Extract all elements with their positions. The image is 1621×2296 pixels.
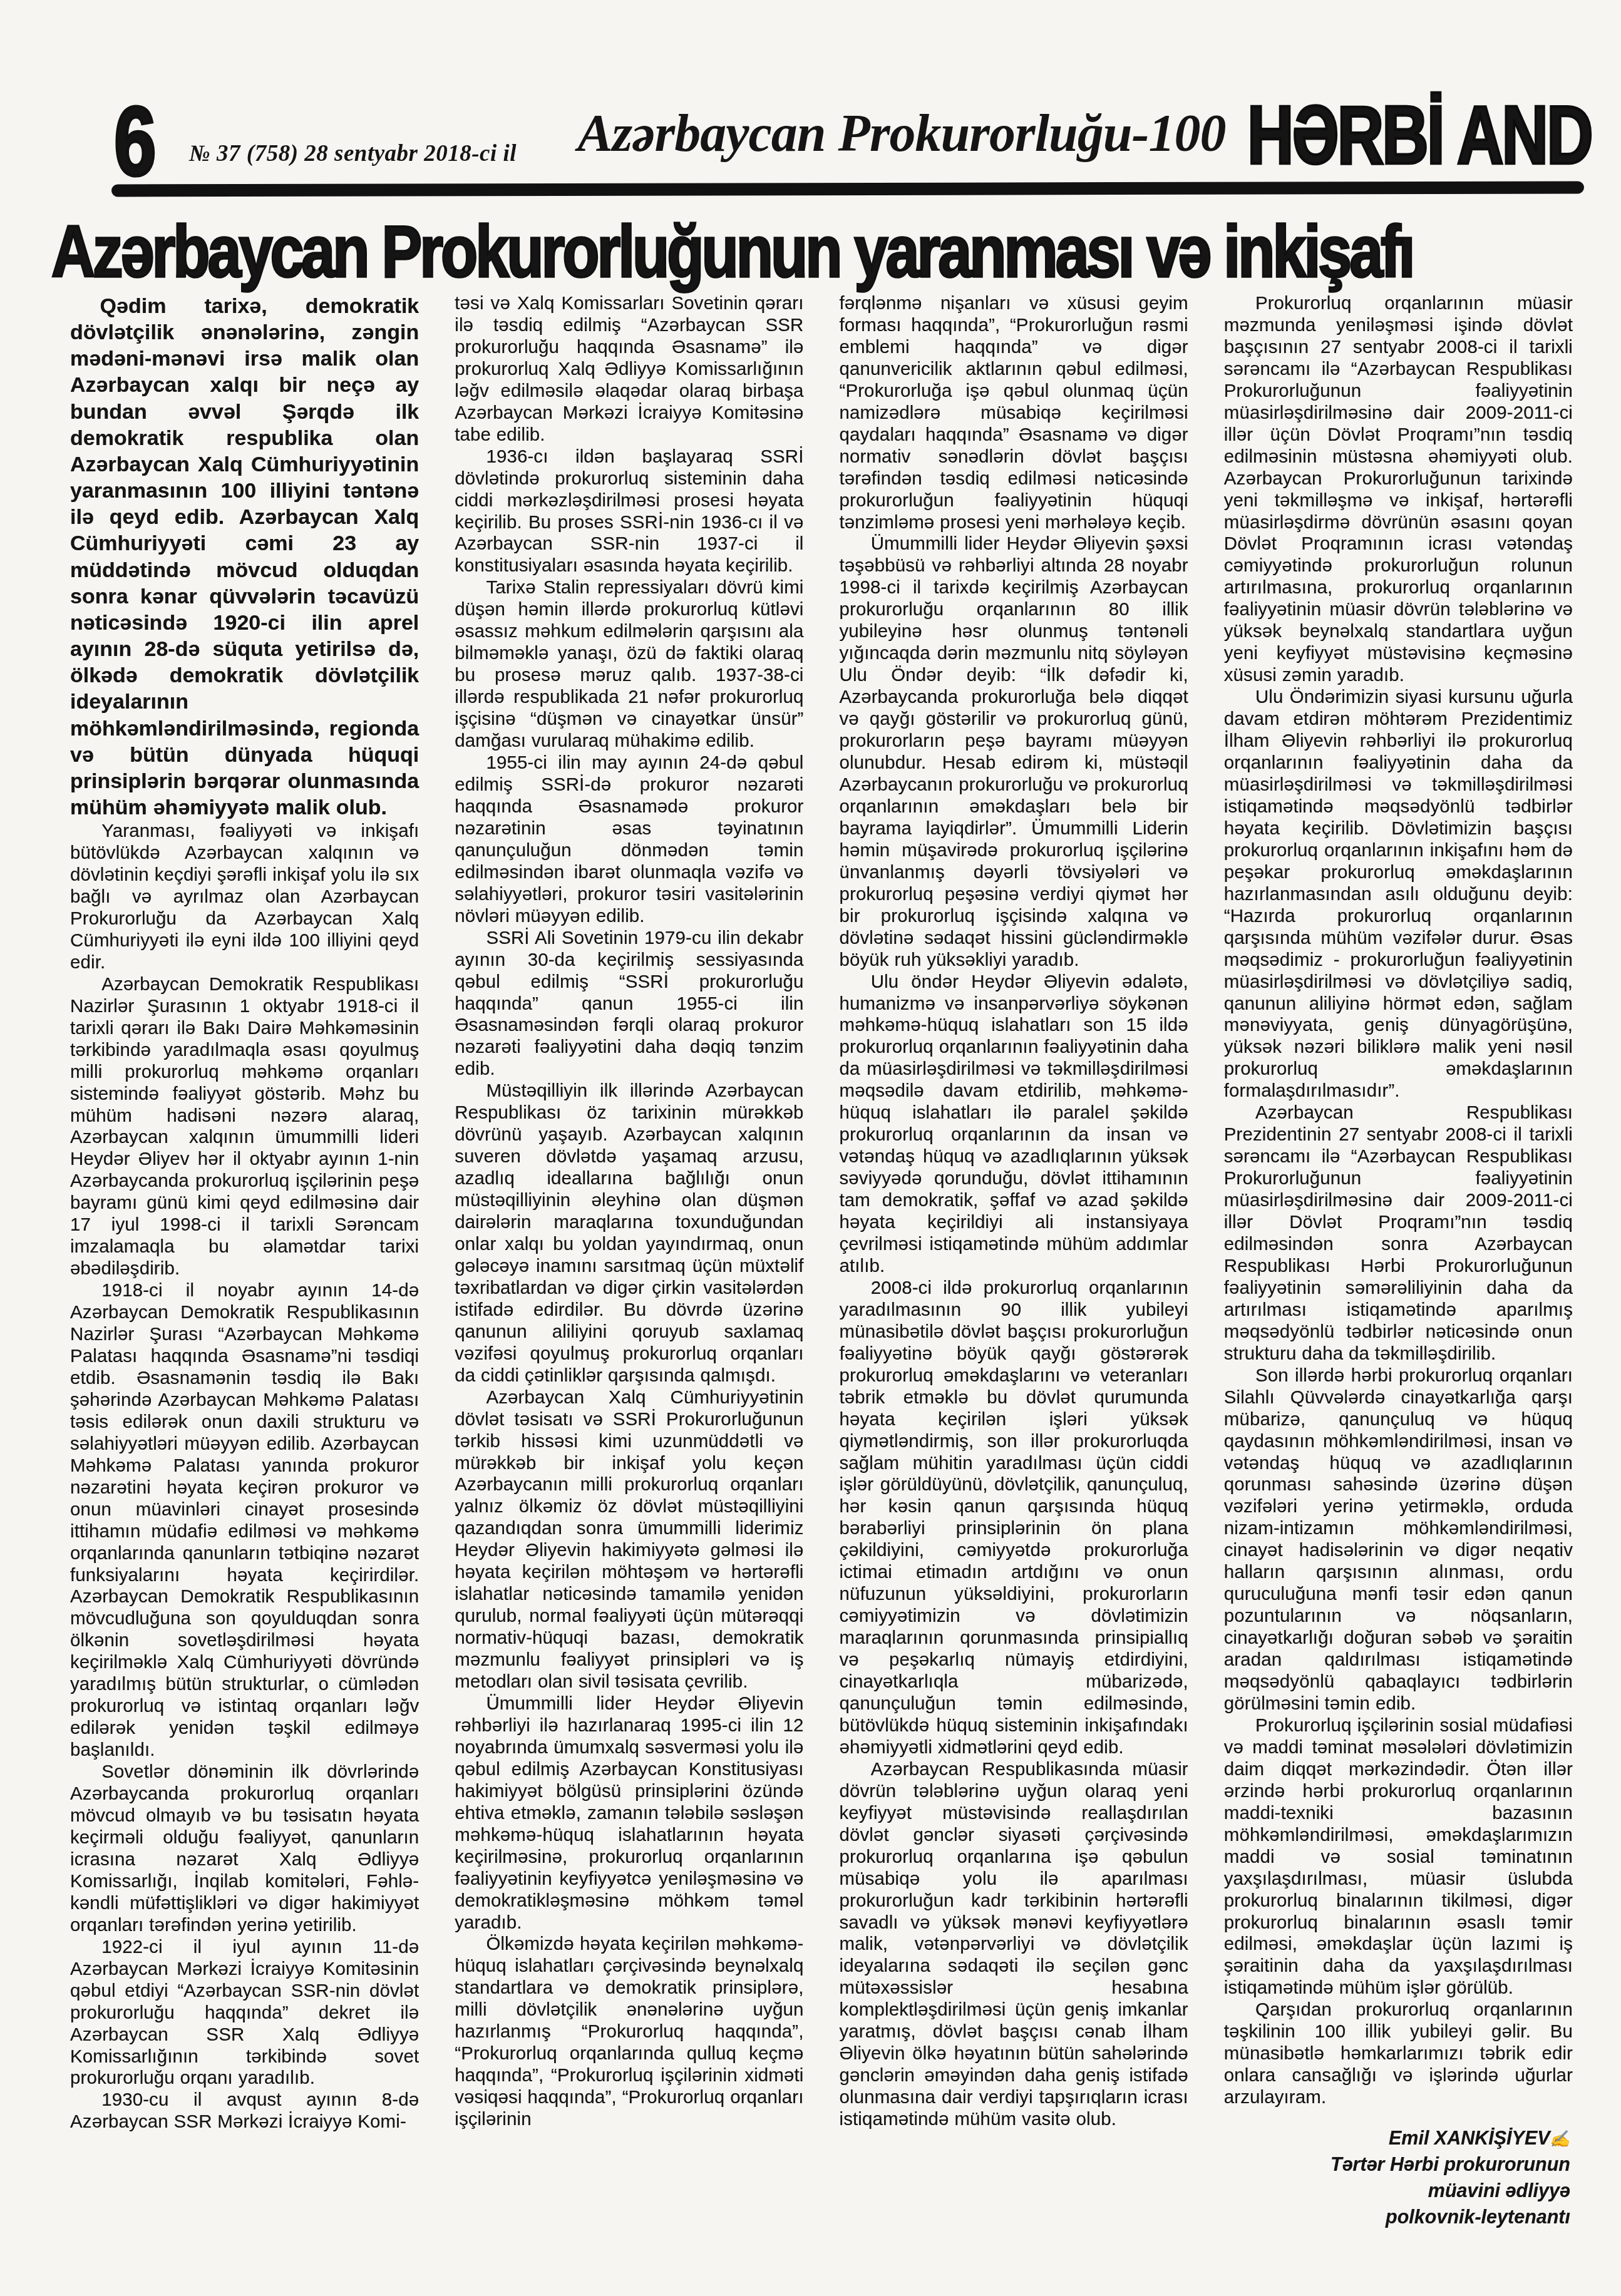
text-column-4: Prokurorluq orqanlarının müasir məzmunda…	[1224, 293, 1573, 2230]
author-name: Emil XANKİŞİYEV	[1389, 2128, 1550, 2149]
article-paragraph: Tarixə Stalin repressiyaları dövrü kimi …	[455, 577, 803, 752]
article-body: Qədim tarixə, demokratik dövlətçilik ənə…	[70, 293, 1573, 2230]
signature-name: Emil XANKİŞİYEV✍	[1224, 2125, 1570, 2151]
text-column-2: təsi və Xalq Komissarları Sovetinin qəra…	[455, 293, 803, 2230]
article-paragraph: Müstəqilliyin ilk illərində Azərbaycan R…	[455, 1080, 803, 1386]
signature-title-line: müavini ədliyyə	[1224, 2178, 1570, 2204]
article-paragraph: fərqlənmə nişanları və xüsusi geyim form…	[840, 293, 1188, 533]
signature-title-line: polkovnik-leytenantı	[1224, 2204, 1570, 2230]
newspaper-page: 6 № 37 (758) 28 sentyabr 2018-ci il Azər…	[0, 0, 1621, 2296]
article-paragraph: Azərbaycan Respublikasında müasir dövrün…	[840, 1759, 1188, 2131]
signature-mark-icon: ✍	[1550, 2129, 1570, 2148]
article-paragraph: təsi və Xalq Komissarları Sovetinin qəra…	[455, 293, 803, 446]
article-paragraph: Ulu Öndərimizin siyasi kursunu uğurla da…	[1224, 687, 1573, 1102]
text-column-3: fərqlənmə nişanları və xüsusi geyim form…	[840, 293, 1188, 2230]
divider-rule	[111, 182, 1584, 197]
signature-title-line: Tərtər Hərbi prokurorunun	[1224, 2151, 1570, 2178]
text-column-4-paragraphs: Prokurorluq orqanlarının müasir məzmunda…	[1224, 293, 1573, 2109]
paper-title: Azərbaycan Prokurorluğu-100	[551, 105, 1252, 163]
article-paragraph: Yaranması, fəaliyyəti və inkişafı bütövl…	[70, 821, 419, 974]
article-paragraph: Son illərdə hərbi prokurorluq orqanları …	[1224, 1365, 1573, 1715]
article-paragraph: SSRİ Ali Sovetinin 1979-cu ilin dekabr a…	[455, 928, 803, 1081]
signature-block: Emil XANKİŞİYEV✍ Tərtər Hərbi prokurorun…	[1224, 2125, 1573, 2230]
masthead-logo: HƏRBİ AND	[1247, 94, 1592, 177]
article-paragraph: 1930-cu il avqust ayının 8-də Azərbaycan…	[70, 2089, 419, 2133]
article-paragraph: Prokurorluq işçilərinin sosial müdafiəsi…	[1224, 1715, 1573, 1999]
article-paragraph: Azərbaycan Xalq Cümhuriyyətinin dövlət t…	[455, 1387, 803, 1693]
article-paragraph: Qarşıdan prokurorluq orqanlarının təşkil…	[1224, 1999, 1573, 2109]
article-paragraph: 1918-ci il noyabr ayının 14-də Azərbayca…	[70, 1280, 419, 1761]
article-paragraph: 1936-cı ildən başlayaraq SSRİ dövlətində…	[455, 446, 803, 578]
article-paragraph: 1955-ci ilin may ayının 24-də qəbul edil…	[455, 752, 803, 928]
article-paragraph: Ümummilli lider Heydər Əliyevin rəhbərli…	[455, 1693, 803, 1934]
article-paragraph: Azərbaycan Demokratik Respublikası Nazir…	[70, 974, 419, 1280]
article-paragraph: Sovetlər dönəminin ilk dövrlərində Azərb…	[70, 1761, 419, 1937]
issue-dateline: № 37 (758) 28 sentyabr 2018-ci il	[189, 140, 517, 167]
article-paragraph: 1922-ci il iyul ayının 11-də Azərbaycan …	[70, 1937, 419, 2090]
article-paragraph: Prokurorluq orqanlarının müasir məzmunda…	[1224, 293, 1573, 687]
article-paragraph: Ümummilli lider Heydər Əliyevin şəxsi tə…	[840, 533, 1188, 971]
article-paragraph: Ulu öndər Heydər Əliyevin ədalətə, human…	[840, 971, 1188, 1278]
page-number: 6	[114, 93, 153, 190]
article-paragraph: Azərbaycan Respublikası Prezidentinin 27…	[1224, 1102, 1573, 1365]
article-paragraph: Qədim tarixə, demokratik dövlətçilik ənə…	[70, 293, 419, 821]
article-headline: Azərbaycan Prokurorluğunun yaranması və …	[51, 215, 1582, 288]
text-column-1: Qədim tarixə, demokratik dövlətçilik ənə…	[70, 293, 419, 2230]
article-paragraph: 2008-ci ildə prokurorluq orqanlarının ya…	[840, 1278, 1188, 1759]
article-paragraph: Ölkəmizdə həyata keçirilən məhkəmə-hüquq…	[455, 1934, 803, 2131]
